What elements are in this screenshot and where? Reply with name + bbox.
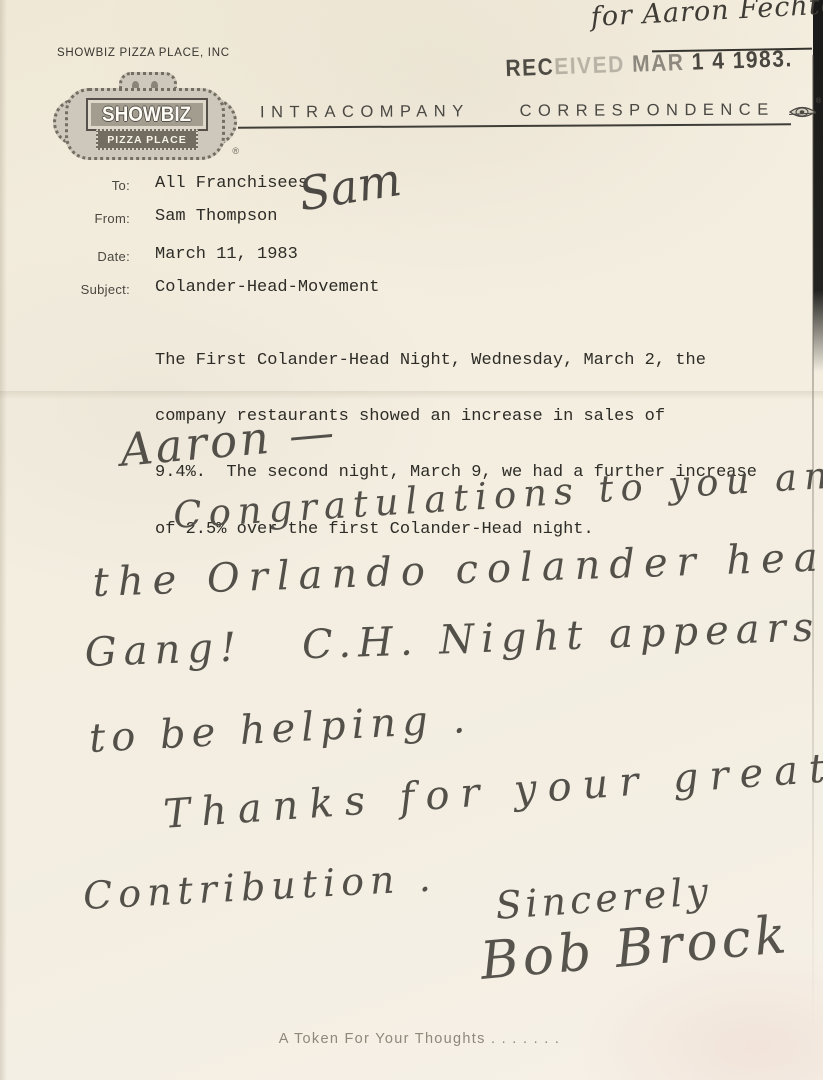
company-name-line: SHOWBIZ PIZZA PLACE, INC	[57, 47, 230, 59]
logo-pizza-place-text: PIZZA PLACE	[107, 134, 186, 146]
showbiz-pizza-place-logo: SHOWBIZ PIZZA PLACE ®	[56, 72, 234, 166]
stamp-text-solid: REC	[505, 54, 555, 81]
logo-showbiz-panel: SHOWBIZ	[86, 98, 208, 131]
subject-value: Colander-Head-Movement	[155, 278, 379, 297]
marquee-eye-ornament-icon	[789, 102, 817, 122]
logo-showbiz-text: SHOWBIZ	[102, 103, 191, 127]
stamp-date: 1 4 1983.	[691, 46, 793, 75]
scan-right-dark-edge	[813, 0, 823, 372]
stamp-month: MAR	[624, 49, 692, 77]
memo-body-line: The First Colander-Head Night, Wednesday…	[155, 352, 757, 371]
logo-pizza-place-banner: PIZZA PLACE	[96, 129, 198, 150]
handwritten-line: Contribution .	[82, 855, 438, 917]
title-underline	[238, 123, 791, 128]
from-label: From:	[50, 207, 130, 226]
handwritten-line: Gang! C.H. Night appears	[84, 604, 821, 676]
date-value: March 11, 1983	[155, 245, 298, 264]
subject-label: Subject:	[50, 278, 130, 297]
received-date-stamp: RECEIVED MAR 1 4 1983.	[505, 46, 793, 83]
to-label: To:	[50, 174, 130, 193]
scanned-memo-page: for Aaron Fechter RECEIVED MAR 1 4 1983.…	[0, 0, 823, 1080]
from-value: Sam Thompson	[155, 207, 277, 226]
sam-thompson-signature: Sam	[295, 152, 405, 221]
handwritten-line: to be helping .	[88, 696, 472, 762]
stamp-text-faded: EIVED	[554, 52, 625, 80]
to-value: All Franchisees	[155, 174, 308, 193]
intracompany-correspondence-title: INTRACOMPANY CORRESPONDENCE	[260, 101, 775, 123]
letterhead-footer-tagline: A Token For Your Thoughts . . . . . . .	[8, 1031, 823, 1047]
scan-left-shadow	[0, 0, 7, 1080]
registered-trademark-symbol: ®	[232, 146, 239, 156]
date-label: Date:	[50, 245, 130, 264]
handwritten-line: Thanks for your great	[162, 745, 823, 838]
ornament-registered-symbol: ®	[816, 98, 821, 105]
handwritten-routing-note: for Aaron Fechter	[590, 0, 823, 33]
